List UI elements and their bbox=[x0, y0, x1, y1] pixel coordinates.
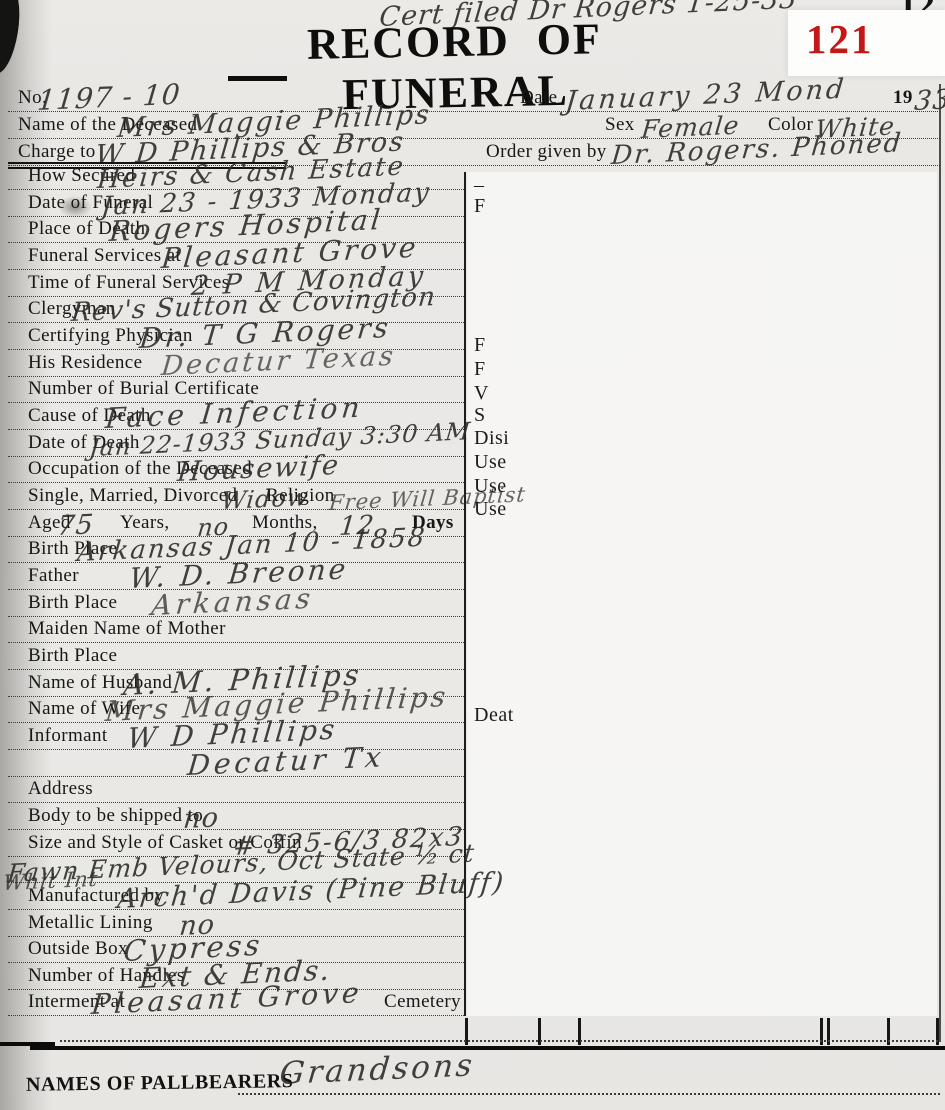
religion-label: Religion bbox=[266, 485, 335, 507]
order-given-by-label: Order given by bbox=[486, 141, 607, 163]
field-label: Address bbox=[28, 778, 93, 800]
field-value: no bbox=[182, 802, 221, 835]
cutoff-text: V bbox=[474, 382, 489, 405]
form-row-date-of-death: Date of Death Jan 22-1933 Sunday 3:30 AM bbox=[8, 432, 464, 457]
form-row-interment-at: Interment at Pleasant Grove Cemetery bbox=[8, 991, 464, 1016]
record-of-funeral-document: 12 121 Cert filed Dr Rogers 1-25-33 RECO… bbox=[0, 0, 945, 1110]
cutoff-text: Use bbox=[474, 498, 507, 521]
years-label: Years, bbox=[120, 512, 170, 534]
form-row-no-date: No. 1197 - 10 Date January 23 Mond 19 33 bbox=[8, 87, 940, 112]
form-row-father-birth-place: Birth Place Arkansas bbox=[8, 592, 464, 617]
form-row-maiden-name-mother: Maiden Name of Mother bbox=[8, 618, 464, 643]
charge-to-label: Charge to bbox=[18, 141, 96, 163]
scan-edge-line bbox=[939, 84, 941, 1042]
date-year-value: 33 bbox=[913, 84, 945, 117]
red-page-number: 121 bbox=[806, 15, 874, 63]
field-label: Single, Married, Divorced bbox=[28, 485, 237, 507]
cutoff-text: Use bbox=[474, 451, 507, 474]
field-label: Metallic Lining bbox=[28, 912, 153, 934]
form-row-occupation: Occupation of the Deceased Housewife bbox=[8, 458, 464, 483]
cemetery-label: Cemetery bbox=[384, 991, 461, 1013]
field-label: Birth Place bbox=[28, 645, 117, 667]
table-bottom-dotted-line bbox=[60, 1040, 938, 1042]
field-label: Body to be shipped to bbox=[28, 805, 203, 827]
form-row-marital-religion: Single, Married, Divorced Widow Religion… bbox=[8, 485, 464, 510]
form-row-manufactured-by: Whit Int Manufactured by Arch'd Davis (P… bbox=[8, 885, 464, 910]
cutoff-text: Disi bbox=[474, 427, 509, 450]
cutoff-text: S bbox=[474, 404, 486, 427]
cutoff-text: F bbox=[474, 334, 486, 357]
right-column-background bbox=[467, 172, 937, 1016]
cutoff-text: F bbox=[474, 358, 486, 381]
form-row-informant-residence: Decatur Tx bbox=[8, 752, 464, 777]
field-label: His Residence bbox=[28, 352, 142, 374]
date-label: Date bbox=[520, 87, 557, 109]
field-label: Outside Box bbox=[28, 938, 128, 960]
field-label: Funeral Services at bbox=[28, 245, 181, 267]
form-row-his-residence: His Residence Decatur Texas bbox=[8, 352, 464, 377]
printed-year-prefix: 19 bbox=[893, 87, 913, 109]
sex-label: Sex bbox=[605, 114, 635, 136]
title-underline bbox=[228, 76, 287, 81]
bottom-thick-rule bbox=[30, 1046, 945, 1050]
field-label: Maiden Name of Mother bbox=[28, 618, 226, 640]
cutoff-text: Deat bbox=[474, 704, 514, 727]
field-label: Birth Place bbox=[28, 592, 117, 614]
field-label: Informant bbox=[28, 725, 108, 747]
cutoff-text: – bbox=[474, 174, 485, 197]
field-value: Housewife bbox=[176, 450, 342, 488]
form-row-address: Address bbox=[8, 778, 464, 803]
field-label: Father bbox=[28, 565, 79, 587]
cutoff-text: Use bbox=[474, 475, 507, 498]
field-value: Arkansas bbox=[150, 582, 316, 622]
cutoff-text: F bbox=[474, 195, 486, 218]
